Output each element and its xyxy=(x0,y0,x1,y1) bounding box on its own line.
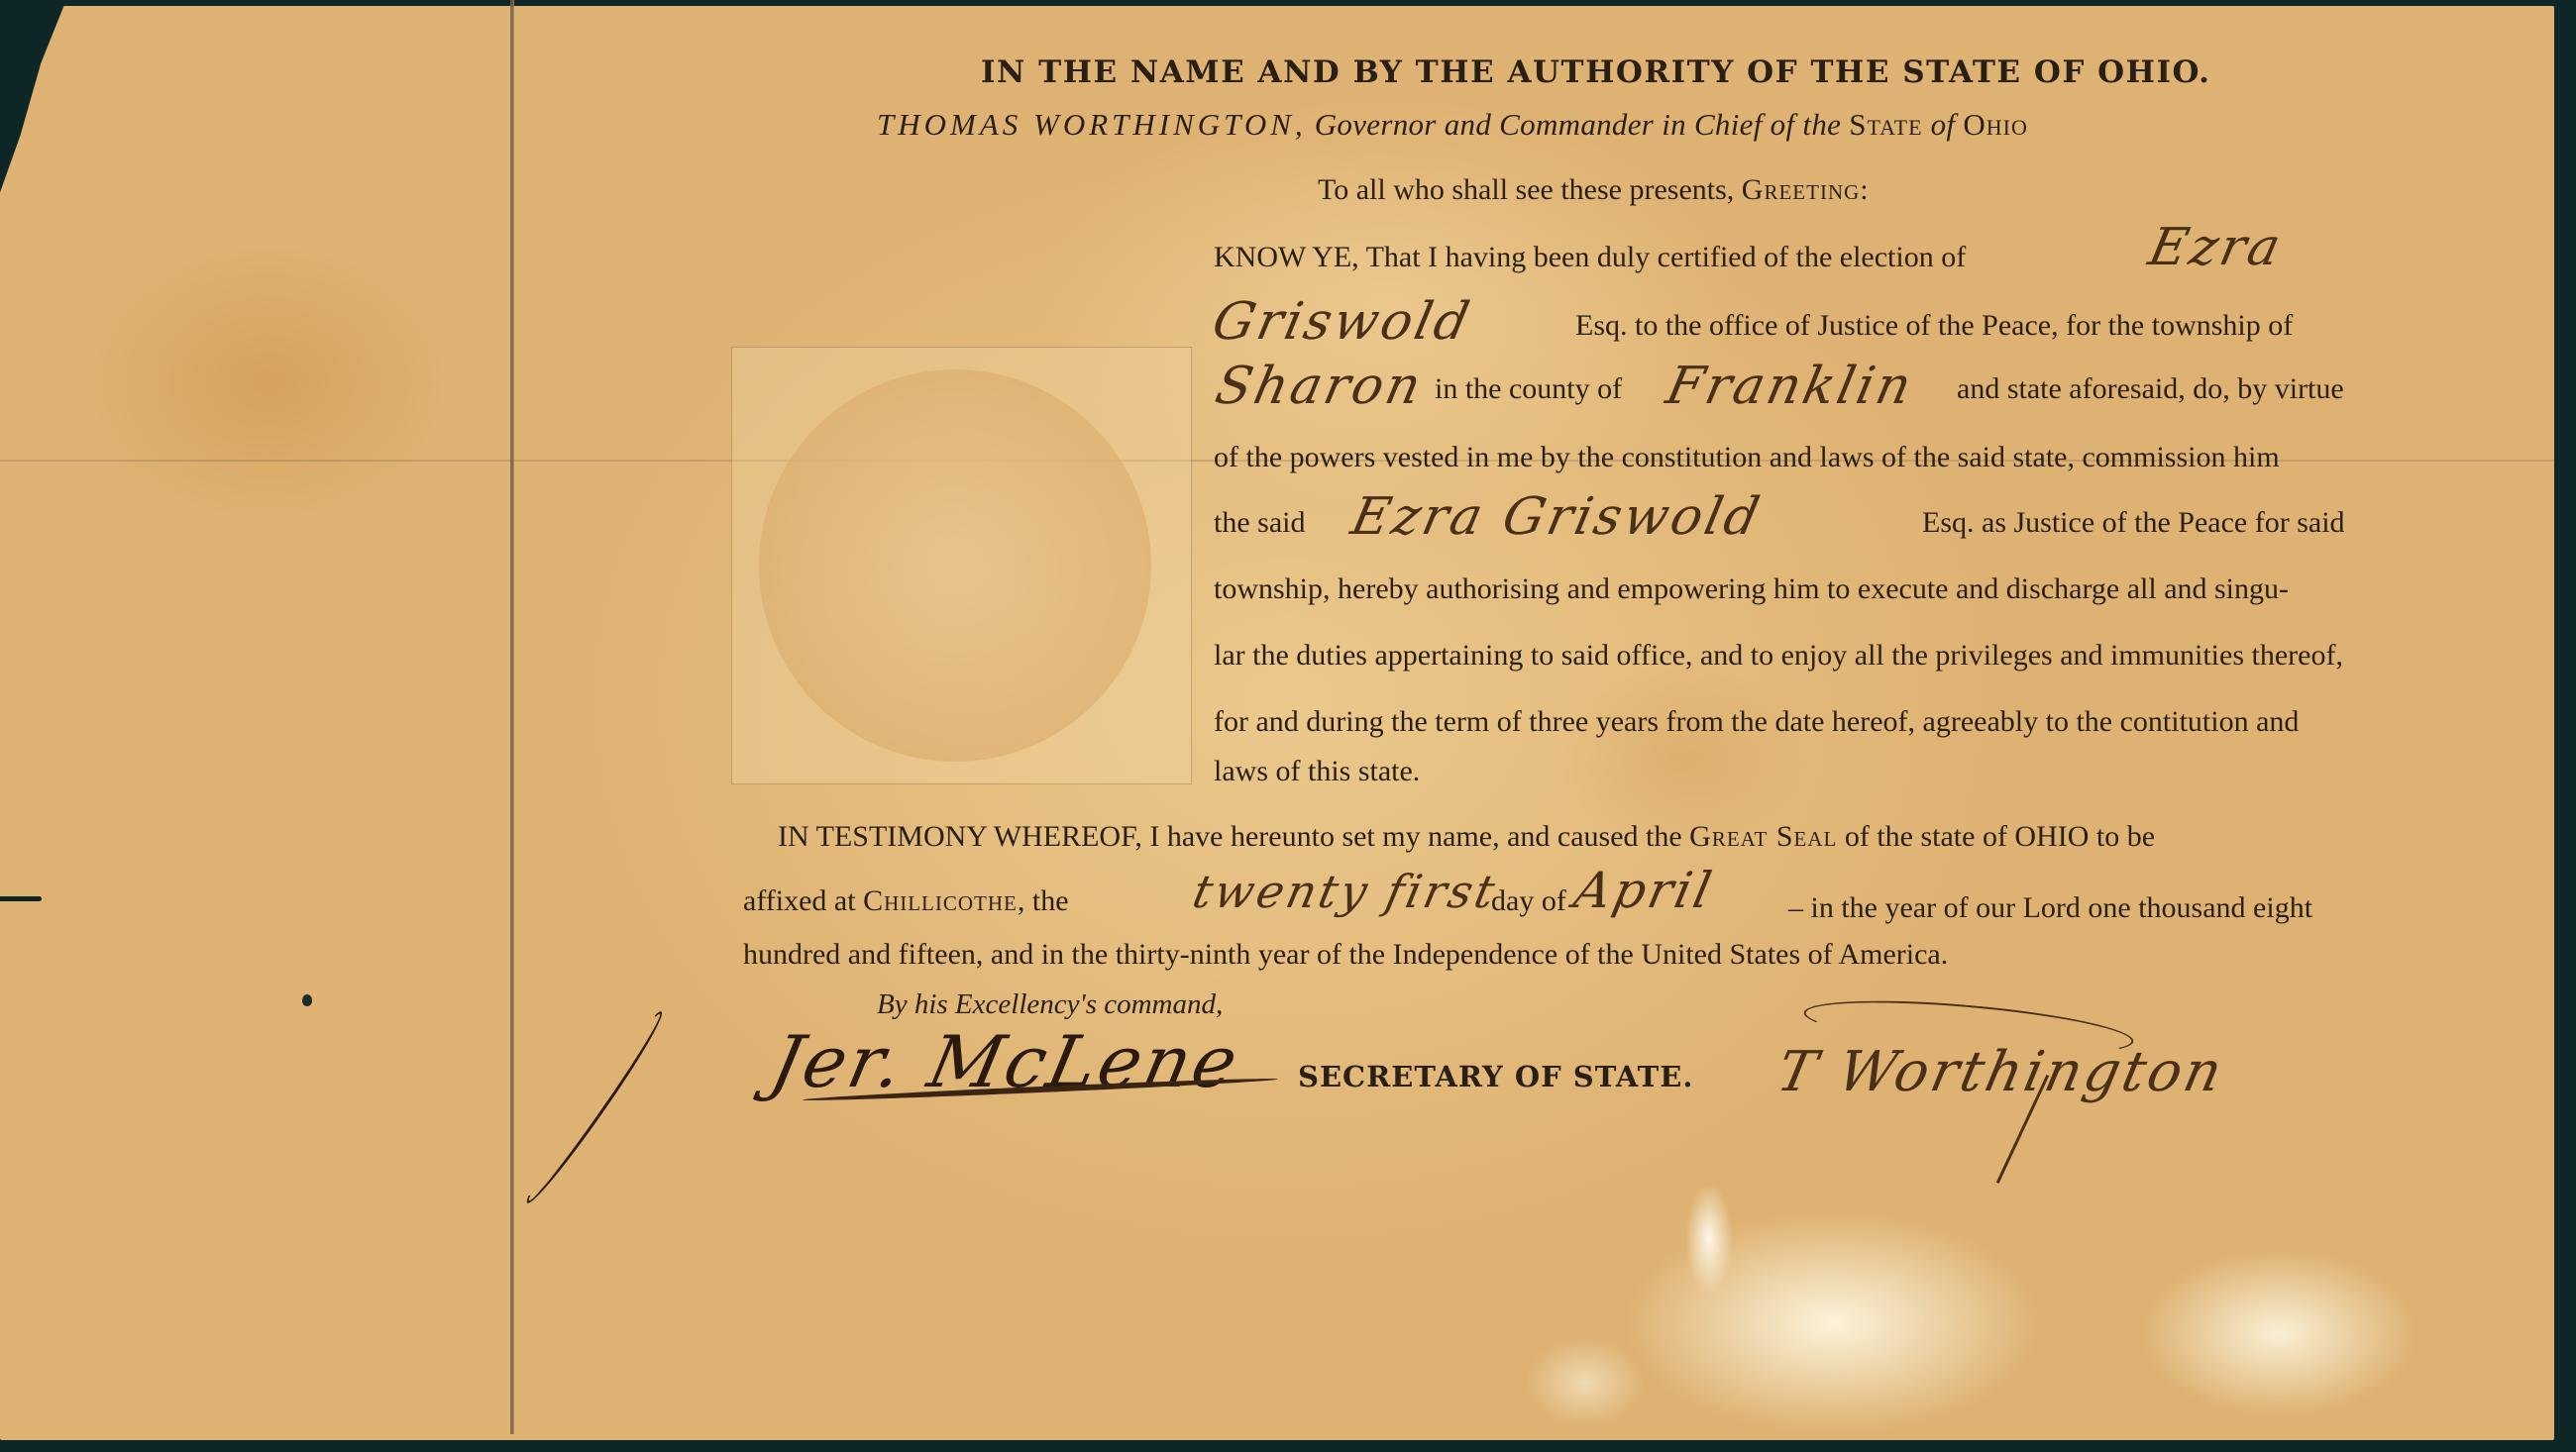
handwritten-township: Sharon xyxy=(1211,357,1430,416)
testimony-text-b: of the state of OHIO to be xyxy=(1837,820,2155,853)
ohio-word: Ohio xyxy=(1963,107,2028,142)
body-line-2: Esq. to the office of Justice of the Pea… xyxy=(1575,309,2293,343)
body-line-3b: and state aforesaid, do, by virtue xyxy=(1957,372,2344,406)
body-line-6: township, hereby authorising and empower… xyxy=(1214,572,2289,606)
body-line-3a: in the county of xyxy=(1435,372,1622,406)
body-line-9: laws of this state. xyxy=(1214,755,1420,788)
testimony-line-2a: affixed at Chillicothe, the xyxy=(743,884,1069,918)
great-seal-text: Great Seal xyxy=(1689,820,1837,853)
greeting-text: To all who shall see these presents, xyxy=(1318,173,1742,206)
of-word: of xyxy=(1923,107,1964,142)
body-line-8: for and during the term of three years f… xyxy=(1214,705,2299,739)
chillicothe-text: Chillicothe xyxy=(863,884,1018,917)
handwritten-last-name: Griswold xyxy=(1208,292,1477,352)
handwritten-county: Franklin xyxy=(1662,357,1919,416)
ink-spot xyxy=(302,994,312,1006)
governor-line: THOMAS WORTHINGTON, Governor and Command… xyxy=(877,107,2028,143)
greeting-line: To all who shall see these presents, Gre… xyxy=(1318,173,1870,207)
paper-tear xyxy=(0,896,42,901)
body-line-4: of the powers vested in me by the consti… xyxy=(1214,441,2280,474)
command-line: By his Excellency's command, xyxy=(877,988,1223,1021)
affixed-text: affixed at xyxy=(743,884,863,917)
handwritten-first-name: Ezra xyxy=(2144,218,2289,277)
secretary-label: SECRETARY OF STATE. xyxy=(1298,1060,1693,1093)
testimony-line-3: hundred and fifteen, and in the thirty-n… xyxy=(743,938,1948,972)
the-text: , the xyxy=(1018,884,1069,917)
testimony-line-2d: – in the year of our Lord one thousand e… xyxy=(1788,891,2312,925)
governor-signature: T Worthington xyxy=(1771,1040,2230,1104)
body-line-5b: Esq. as Justice of the Peace for said xyxy=(1922,506,2345,540)
governor-name: THOMAS WORTHINGTON, xyxy=(877,107,1307,142)
testimony-text-a: IN TESTIMONY WHEREOF, I have hereunto se… xyxy=(778,820,1689,853)
governor-title: Governor and Commander in Chief of the xyxy=(1307,107,1850,142)
body-line-7: lar the duties appertaining to said offi… xyxy=(1214,639,2343,673)
greeting-word: Greeting: xyxy=(1742,173,1870,206)
handwritten-day: twenty first xyxy=(1188,865,1502,918)
day-of-text: day of xyxy=(1491,884,1566,918)
fold-line-vertical xyxy=(510,0,514,1434)
document-title: IN THE NAME AND BY THE AUTHORITY OF THE … xyxy=(981,54,2210,90)
body-line-1: KNOW YE, That I having been duly certifi… xyxy=(1214,241,1966,274)
body-line-5a: the said xyxy=(1214,506,1305,540)
handwritten-month: April xyxy=(1569,862,1719,919)
state-word: State xyxy=(1849,107,1922,142)
great-seal-impression xyxy=(759,369,1151,762)
testimony-line-1: IN TESTIMONY WHEREOF, I have hereunto se… xyxy=(778,820,2155,854)
handwritten-full-name: Ezra Griswold xyxy=(1346,487,1768,547)
